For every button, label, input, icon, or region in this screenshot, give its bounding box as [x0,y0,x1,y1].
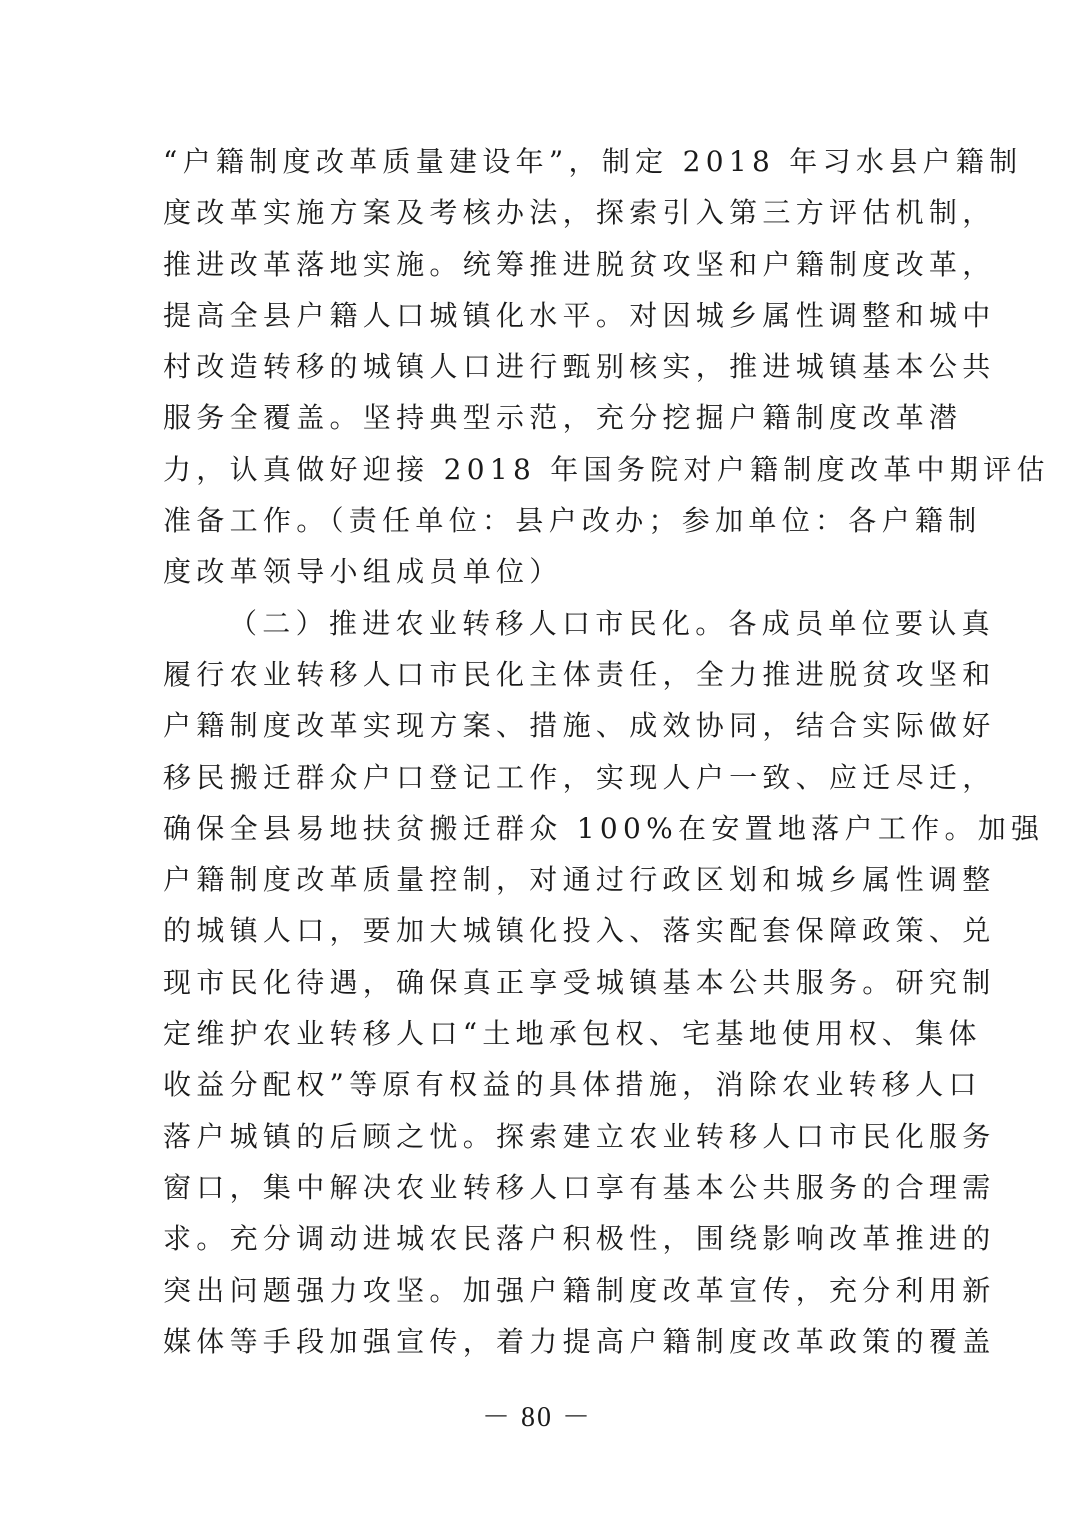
text-line: 的城镇人口，要加大城镇化投入、落实配套保障政策、兑 [163,905,913,956]
text-line: 媒体等手段加强宣传，着力提高户籍制度改革政策的覆盖 [163,1316,913,1367]
paragraph-2: （二）推进农业转移人口市民化。各成员单位要认真 履行农业转移人口市民化主体责任，… [163,598,913,1367]
body-text: “户籍制度改革质量建设年”，制定 2018 年习水县户籍制 度改革实施方案及考核… [163,136,913,1367]
text-line: 服务全覆盖。坚持典型示范，充分挖掘户籍制度改革潜 [163,392,913,443]
text-line: 户籍制度改革实现方案、措施、成效协同，结合实际做好 [163,700,913,751]
text-line: 度改革实施方案及考核办法，探索引入第三方评估机制， [163,187,913,238]
text-line: 准备工作。（责任单位：县户改办；参加单位：各户籍制 [163,495,913,546]
text-line: 村改造转移的城镇人口进行甄别核实，推进城镇基本公共 [163,341,913,392]
text-line: 收益分配权”等原有权益的具体措施，消除农业转移人口 [163,1059,913,1110]
text-line: 现市民化待遇，确保真正享受城镇基本公共服务。研究制 [163,957,913,1008]
paragraph-1: “户籍制度改革质量建设年”，制定 2018 年习水县户籍制 度改革实施方案及考核… [163,136,913,598]
page-number: － 80 － [0,1395,1074,1435]
text-line: 落户城镇的后顾之忧。探索建立农业转移人口市民化服务 [163,1111,913,1162]
section-heading-line: （二）推进农业转移人口市民化。各成员单位要认真 [163,598,913,649]
text-line: 履行农业转移人口市民化主体责任，全力推进脱贫攻坚和 [163,649,913,700]
text-line: 推进改革落地实施。统筹推进脱贫攻坚和户籍制度改革， [163,239,913,290]
text-line: “户籍制度改革质量建设年”，制定 2018 年习水县户籍制 [163,136,913,187]
document-page: “户籍制度改革质量建设年”，制定 2018 年习水县户籍制 度改革实施方案及考核… [0,0,1074,1520]
text-line: 度改革领导小组成员单位） [163,546,913,597]
text-line: 定维护农业转移人口“土地承包权、宅基地使用权、集体 [163,1008,913,1059]
text-line: 确保全县易地扶贫搬迁群众 100%在安置地落户工作。加强 [163,803,913,854]
text-line: 窗口，集中解决农业转移人口享有基本公共服务的合理需 [163,1162,913,1213]
text-line: 力，认真做好迎接 2018 年国务院对户籍制度改革中期评估 [163,444,913,495]
text-line: 户籍制度改革质量控制，对通过行政区划和城乡属性调整 [163,854,913,905]
text-line: 提高全县户籍人口城镇化水平。对因城乡属性调整和城中 [163,290,913,341]
text-line: 求。充分调动进城农民落户积极性，围绕影响改革推进的 [163,1213,913,1264]
text-line: 移民搬迁群众户口登记工作，实现人户一致、应迁尽迁， [163,752,913,803]
text-line: 突出问题强力攻坚。加强户籍制度改革宣传，充分利用新 [163,1265,913,1316]
